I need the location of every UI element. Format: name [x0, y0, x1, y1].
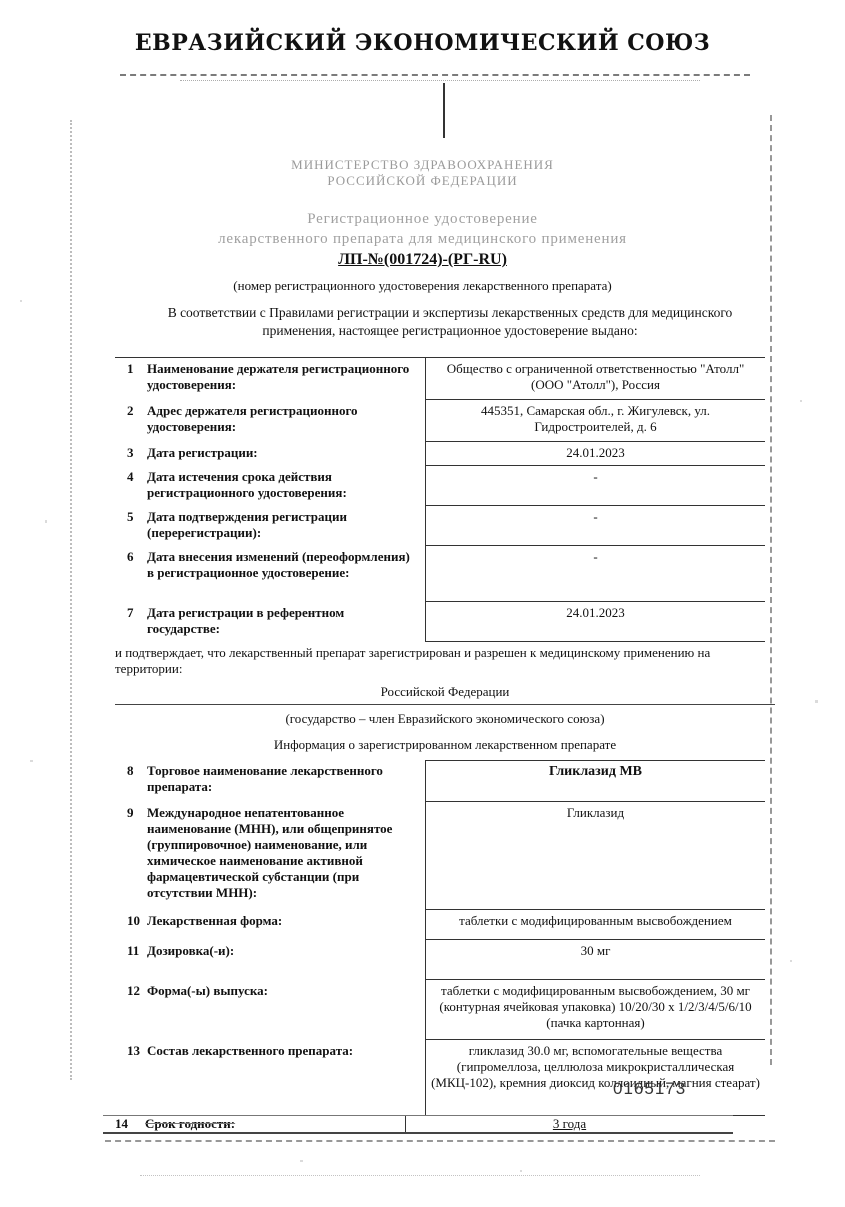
row-value: таблетки с модифицированным высвобождени…	[425, 910, 765, 940]
row-number: 11	[115, 940, 147, 980]
row-number: 8	[115, 760, 147, 802]
union-title: ЕВРАЗИЙСКИЙ ЭКОНОМИЧЕСКИЙ СОЮЗ	[0, 30, 845, 56]
row-value: 24.01.2023	[425, 602, 765, 642]
row-value: гликлазид 30.0 мг, вспомогательные вещес…	[425, 1040, 765, 1116]
row-value: -	[425, 546, 765, 602]
table-row: 10 Лекарственная форма: таблетки с модиф…	[115, 910, 765, 940]
scan-noise	[30, 760, 33, 762]
row-label: Дата регистрации в референтном государст…	[147, 602, 425, 642]
row-number: 6	[115, 546, 147, 602]
table-row: 5 Дата подтверждения регистрации (перере…	[115, 506, 765, 546]
certificate-number: ЛП-№(001724)-(РГ-RU)	[0, 251, 845, 269]
row-value: Гликлазид	[425, 802, 765, 910]
row-number: 7	[115, 602, 147, 642]
row-label: Дата подтверждения регистрации (перереги…	[147, 506, 425, 546]
frame-border-bottom-inner	[140, 1175, 700, 1176]
table-row: 7 Дата регистрации в референтном государ…	[115, 602, 765, 642]
table-row: 6 Дата внесения изменений (переоформлени…	[115, 546, 765, 602]
form-serial-number: 0165173	[613, 1079, 686, 1099]
table-row: 3 Дата регистрации: 24.01.2023	[115, 442, 765, 466]
scan-noise	[800, 400, 802, 402]
certificate-title: Регистрационное удостоверение лекарствен…	[0, 209, 845, 249]
scan-noise	[45, 520, 47, 523]
table-row: 1 Наименование держателя регистрационног…	[115, 358, 765, 400]
territory-name: Российской Федерации	[115, 684, 775, 705]
row-label: Международное непатентованное наименован…	[147, 802, 425, 910]
row-number: 2	[115, 400, 147, 442]
row-label: Наименование держателя регистрационного …	[147, 358, 425, 400]
ministry-line-2: Российской Федерации	[0, 173, 845, 189]
row-number: 9	[115, 802, 147, 910]
table-row: 2 Адрес держателя регистрационного удост…	[115, 400, 765, 442]
table-row: 8 Торговое наименование лекарственного п…	[115, 760, 765, 802]
holder-info-table: 1 Наименование держателя регистрационног…	[115, 357, 765, 642]
table-row: 13 Состав лекарственного препарата: глик…	[115, 1040, 765, 1116]
territory-caption: (государство – член Евразийского экономи…	[115, 711, 775, 727]
table-row: 11 Дозировка(-и): 30 мг	[115, 940, 765, 980]
ministry-name: Министерство здравоохранения Российской …	[0, 157, 845, 189]
row-number: 13	[115, 1040, 147, 1116]
row-value: Гликлазид МВ	[425, 760, 765, 802]
table-row: 4 Дата истечения срока действия регистра…	[115, 466, 765, 506]
row-number: 1	[115, 358, 147, 400]
row-value: Общество с ограниченной ответственностью…	[425, 358, 765, 400]
product-info-table: 8 Торговое наименование лекарственного п…	[115, 760, 765, 1116]
confirmation-text: и подтверждает, что лекарственный препар…	[115, 645, 775, 677]
row-label: Дата регистрации:	[147, 442, 425, 466]
row-number: 14	[103, 1116, 145, 1132]
frame-border-top-inner	[180, 80, 700, 81]
table-row: 12 Форма(-ы) выпуска: таблетки с модифиц…	[115, 980, 765, 1040]
row-label: Дозировка(-и):	[147, 940, 425, 980]
row-value: 24.01.2023	[425, 442, 765, 466]
row-value: -	[425, 466, 765, 506]
certificate-title-line-2: лекарственного препарата для медицинског…	[0, 229, 845, 249]
frame-border-bottom	[105, 1140, 775, 1142]
row-value: таблетки с модифицированным высвобождени…	[425, 980, 765, 1040]
row-value: 30 мг	[425, 940, 765, 980]
frame-border-top	[120, 74, 750, 76]
scan-noise	[815, 700, 818, 703]
row-label: Дата внесения изменений (переоформления)…	[147, 546, 425, 602]
row-label: Срок годности:	[145, 1116, 405, 1132]
row-label: Дата истечения срока действия регистраци…	[147, 466, 425, 506]
table-row: 9 Международное непатентованное наименов…	[115, 802, 765, 910]
certificate-title-line-1: Регистрационное удостоверение	[0, 209, 845, 229]
scan-noise	[300, 1160, 303, 1162]
row-label: Форма(-ы) выпуска:	[147, 980, 425, 1040]
row-number: 10	[115, 910, 147, 940]
scan-noise	[20, 300, 22, 302]
scan-noise	[790, 960, 792, 962]
row-label: Торговое наименование лекарственного пре…	[147, 760, 425, 802]
row-value: 3 года	[405, 1116, 733, 1132]
row-value: -	[425, 506, 765, 546]
registration-certificate-page: ЕВРАЗИЙСКИЙ ЭКОНОМИЧЕСКИЙ СОЮЗ Министерс…	[0, 0, 845, 1207]
scan-noise	[520, 1170, 522, 1172]
row-number: 3	[115, 442, 147, 466]
row-label: Состав лекарственного препарата:	[147, 1040, 425, 1116]
row-number: 4	[115, 466, 147, 506]
row-value: 445351, Самарская обл., г. Жигулевск, ул…	[425, 400, 765, 442]
product-info-heading: Информация о зарегистрированном лекарств…	[115, 737, 775, 753]
row-label: Лекарственная форма:	[147, 910, 425, 940]
certificate-number-caption: (номер регистрационного удостоверения ле…	[0, 278, 845, 294]
intro-text: В соответствии с Правилами регистрации и…	[130, 304, 770, 340]
row-number: 5	[115, 506, 147, 546]
emblem-placeholder-line	[443, 83, 445, 138]
row-number: 12	[115, 980, 147, 1040]
row-label: Адрес держателя регистрационного удостов…	[147, 400, 425, 442]
ministry-line-1: Министерство здравоохранения	[0, 157, 845, 173]
table-row-shelf-life: 14 Срок годности: 3 года	[103, 1115, 733, 1134]
